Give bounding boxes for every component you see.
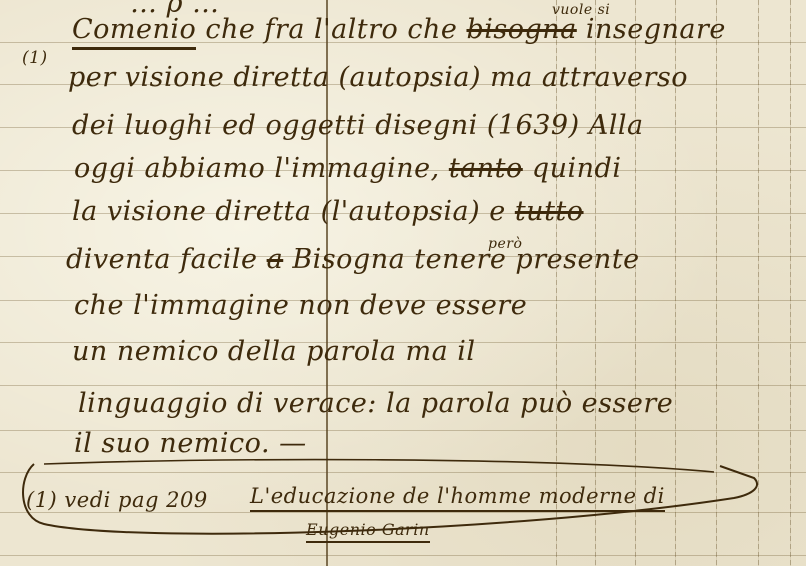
underlined-word: Comenio — [72, 14, 196, 50]
manuscript-line-8: un nemico della parola ma il — [72, 336, 476, 367]
struck-word: a — [267, 244, 284, 275]
manuscript-line-4: oggi abbiamo l'immagine, tanto quindi — [74, 153, 621, 184]
footnote-reference: (1) vedi pag 209 — [26, 488, 208, 512]
manuscript-line-3: dei luoghi ed oggetti disegni (1639) All… — [72, 110, 644, 141]
footnote-book-title: L'educazione de l'homme moderne di — [250, 484, 665, 512]
struck-word: tanto — [449, 153, 523, 184]
manuscript-line-2: per visione diretta (autopsia) ma attrav… — [68, 62, 688, 93]
manuscript-line-6: diventa facile a Bisogna tenere presente — [66, 244, 640, 275]
manuscript-line-1: Comenio che fra l'altro che bisogna inse… — [72, 14, 726, 45]
footnote-marker: (1) — [22, 48, 48, 68]
manuscript-line-7: che l'immagine non deve essere — [74, 290, 527, 321]
footnote-author: Eugenio Garin — [306, 520, 430, 543]
manuscript-line-10: il suo nemico. — — [74, 428, 307, 459]
struck-word: tutto — [515, 196, 584, 227]
struck-word: bisogna — [466, 14, 576, 45]
manuscript-line-9: linguaggio di verace: la parola può esse… — [78, 388, 673, 419]
manuscript-line-5: la visione diretta (l'autopsia) e tutto — [72, 196, 584, 227]
